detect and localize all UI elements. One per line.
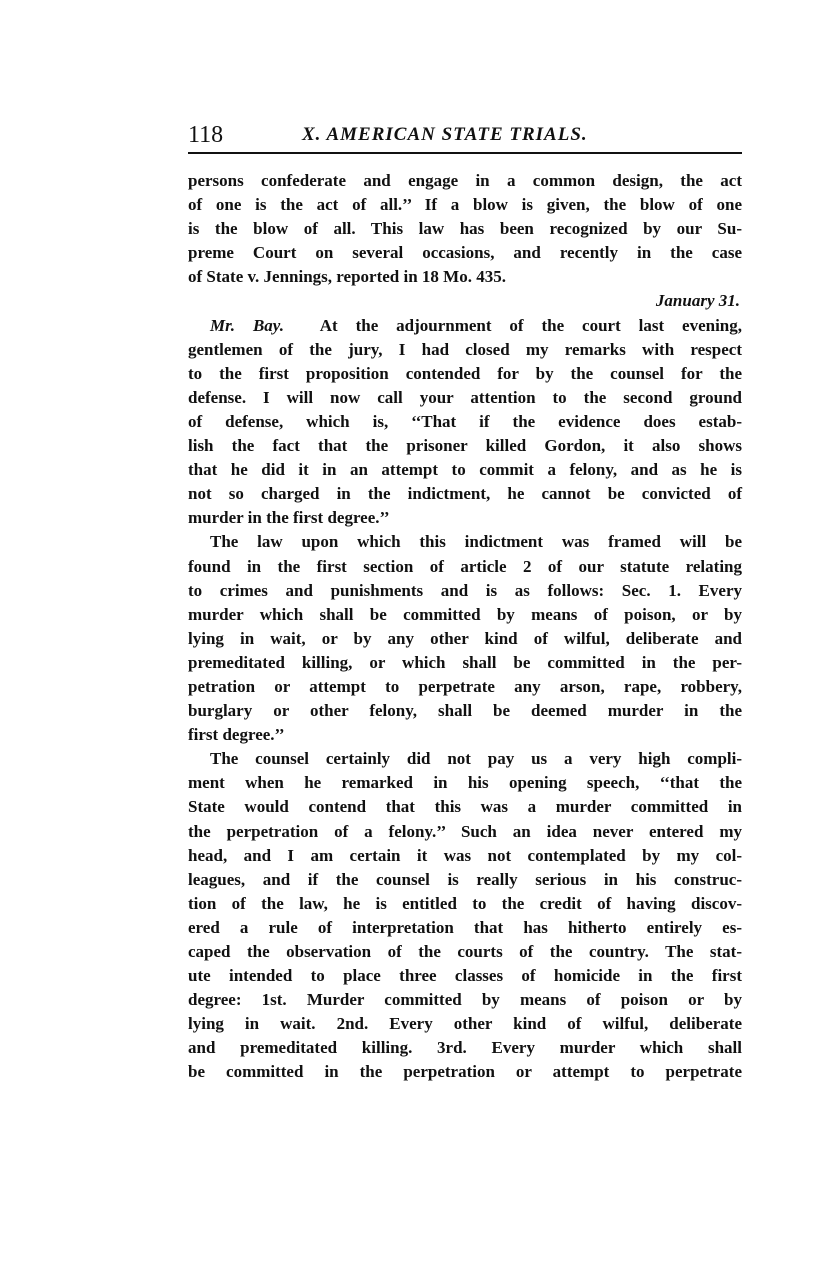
text-line: The law upon which this indictment was f…	[188, 530, 742, 554]
text-line: the perpetration of a felony.’’ Such an …	[188, 820, 742, 844]
text-line: and premeditated killing. 3rd. Every mur…	[188, 1036, 742, 1060]
page-body: persons confederate and engage in a comm…	[188, 169, 742, 1085]
text-line: to the first proposition contended for b…	[188, 362, 742, 386]
text-line: tion of the law, he is entitled to the c…	[188, 892, 742, 916]
text-line: leagues, and if the counsel is really se…	[188, 868, 742, 892]
text-line: State would contend that this was a murd…	[188, 795, 742, 819]
running-title: X. AMERICAN STATE TRIALS.	[302, 124, 588, 146]
text-line: first degree.’’	[188, 723, 742, 747]
text-line: ment when he remarked in his opening spe…	[188, 771, 742, 795]
text-line: murder which shall be committed by means…	[188, 603, 742, 627]
text-line: found in the first section of article 2 …	[188, 555, 742, 579]
text-line: murder in the first degree.’’	[188, 506, 742, 530]
text-line: ered a rule of interpretation that has h…	[188, 916, 742, 940]
text-line: lish the fact that the prisoner killed G…	[188, 434, 742, 458]
text-line: burglary or other felony, shall be deeme…	[188, 699, 742, 723]
text-line: defense. I will now call your attention …	[188, 386, 742, 410]
text-line: petration or attempt to perpetrate any a…	[188, 675, 742, 699]
paragraph: The counsel certainly did not pay us a v…	[188, 747, 742, 1084]
dateline: January 31.	[188, 289, 742, 313]
paragraph: Mr. Bay. At the adjournment of the court…	[188, 314, 742, 531]
text-line: preme Court on several occasions, and re…	[188, 241, 742, 265]
text-line: lying in wait. 2nd. Every other kind of …	[188, 1012, 742, 1036]
paragraph: persons confederate and engage in a comm…	[188, 169, 742, 289]
book-page: 118 X. AMERICAN STATE TRIALS. persons co…	[188, 118, 742, 1085]
text-line: head, and I am certain it was not contem…	[188, 844, 742, 868]
text-line: be committed in the perpetration or atte…	[188, 1060, 742, 1084]
text-line: degree: 1st. Murder committed by means o…	[188, 988, 742, 1012]
text-span: At the adjournment of the court last eve…	[320, 316, 742, 335]
speaker-name: Mr. Bay.	[210, 316, 284, 335]
paragraph: The law upon which this indictment was f…	[188, 530, 742, 747]
text-line: of one is the act of all.’’ If a blow is…	[188, 193, 742, 217]
text-line: ute intended to place three classes of h…	[188, 964, 742, 988]
page-number: 118	[188, 122, 223, 149]
text-line: of defense, which is, ‘‘That if the evid…	[188, 410, 742, 434]
text-line: to crimes and punishments and is as foll…	[188, 579, 742, 603]
text-line: The counsel certainly did not pay us a v…	[188, 747, 742, 771]
text-line: persons confederate and engage in a comm…	[188, 169, 742, 193]
text-line: lying in wait, or by any other kind of w…	[188, 627, 742, 651]
text-line: gentlemen of the jury, I had closed my r…	[188, 338, 742, 362]
text-line: that he did it in an attempt to commit a…	[188, 458, 742, 482]
text-line: Mr. Bay. At the adjournment of the court…	[188, 314, 742, 338]
text-line: caped the observation of the courts of t…	[188, 940, 742, 964]
text-line: of State v. Jennings, reported in 18 Mo.…	[188, 265, 742, 289]
text-line: premeditated killing, or which shall be …	[188, 651, 742, 675]
page-header: 118 X. AMERICAN STATE TRIALS.	[188, 118, 742, 154]
text-line: not so charged in the indictment, he can…	[188, 482, 742, 506]
text-line: is the blow of all. This law has been re…	[188, 217, 742, 241]
